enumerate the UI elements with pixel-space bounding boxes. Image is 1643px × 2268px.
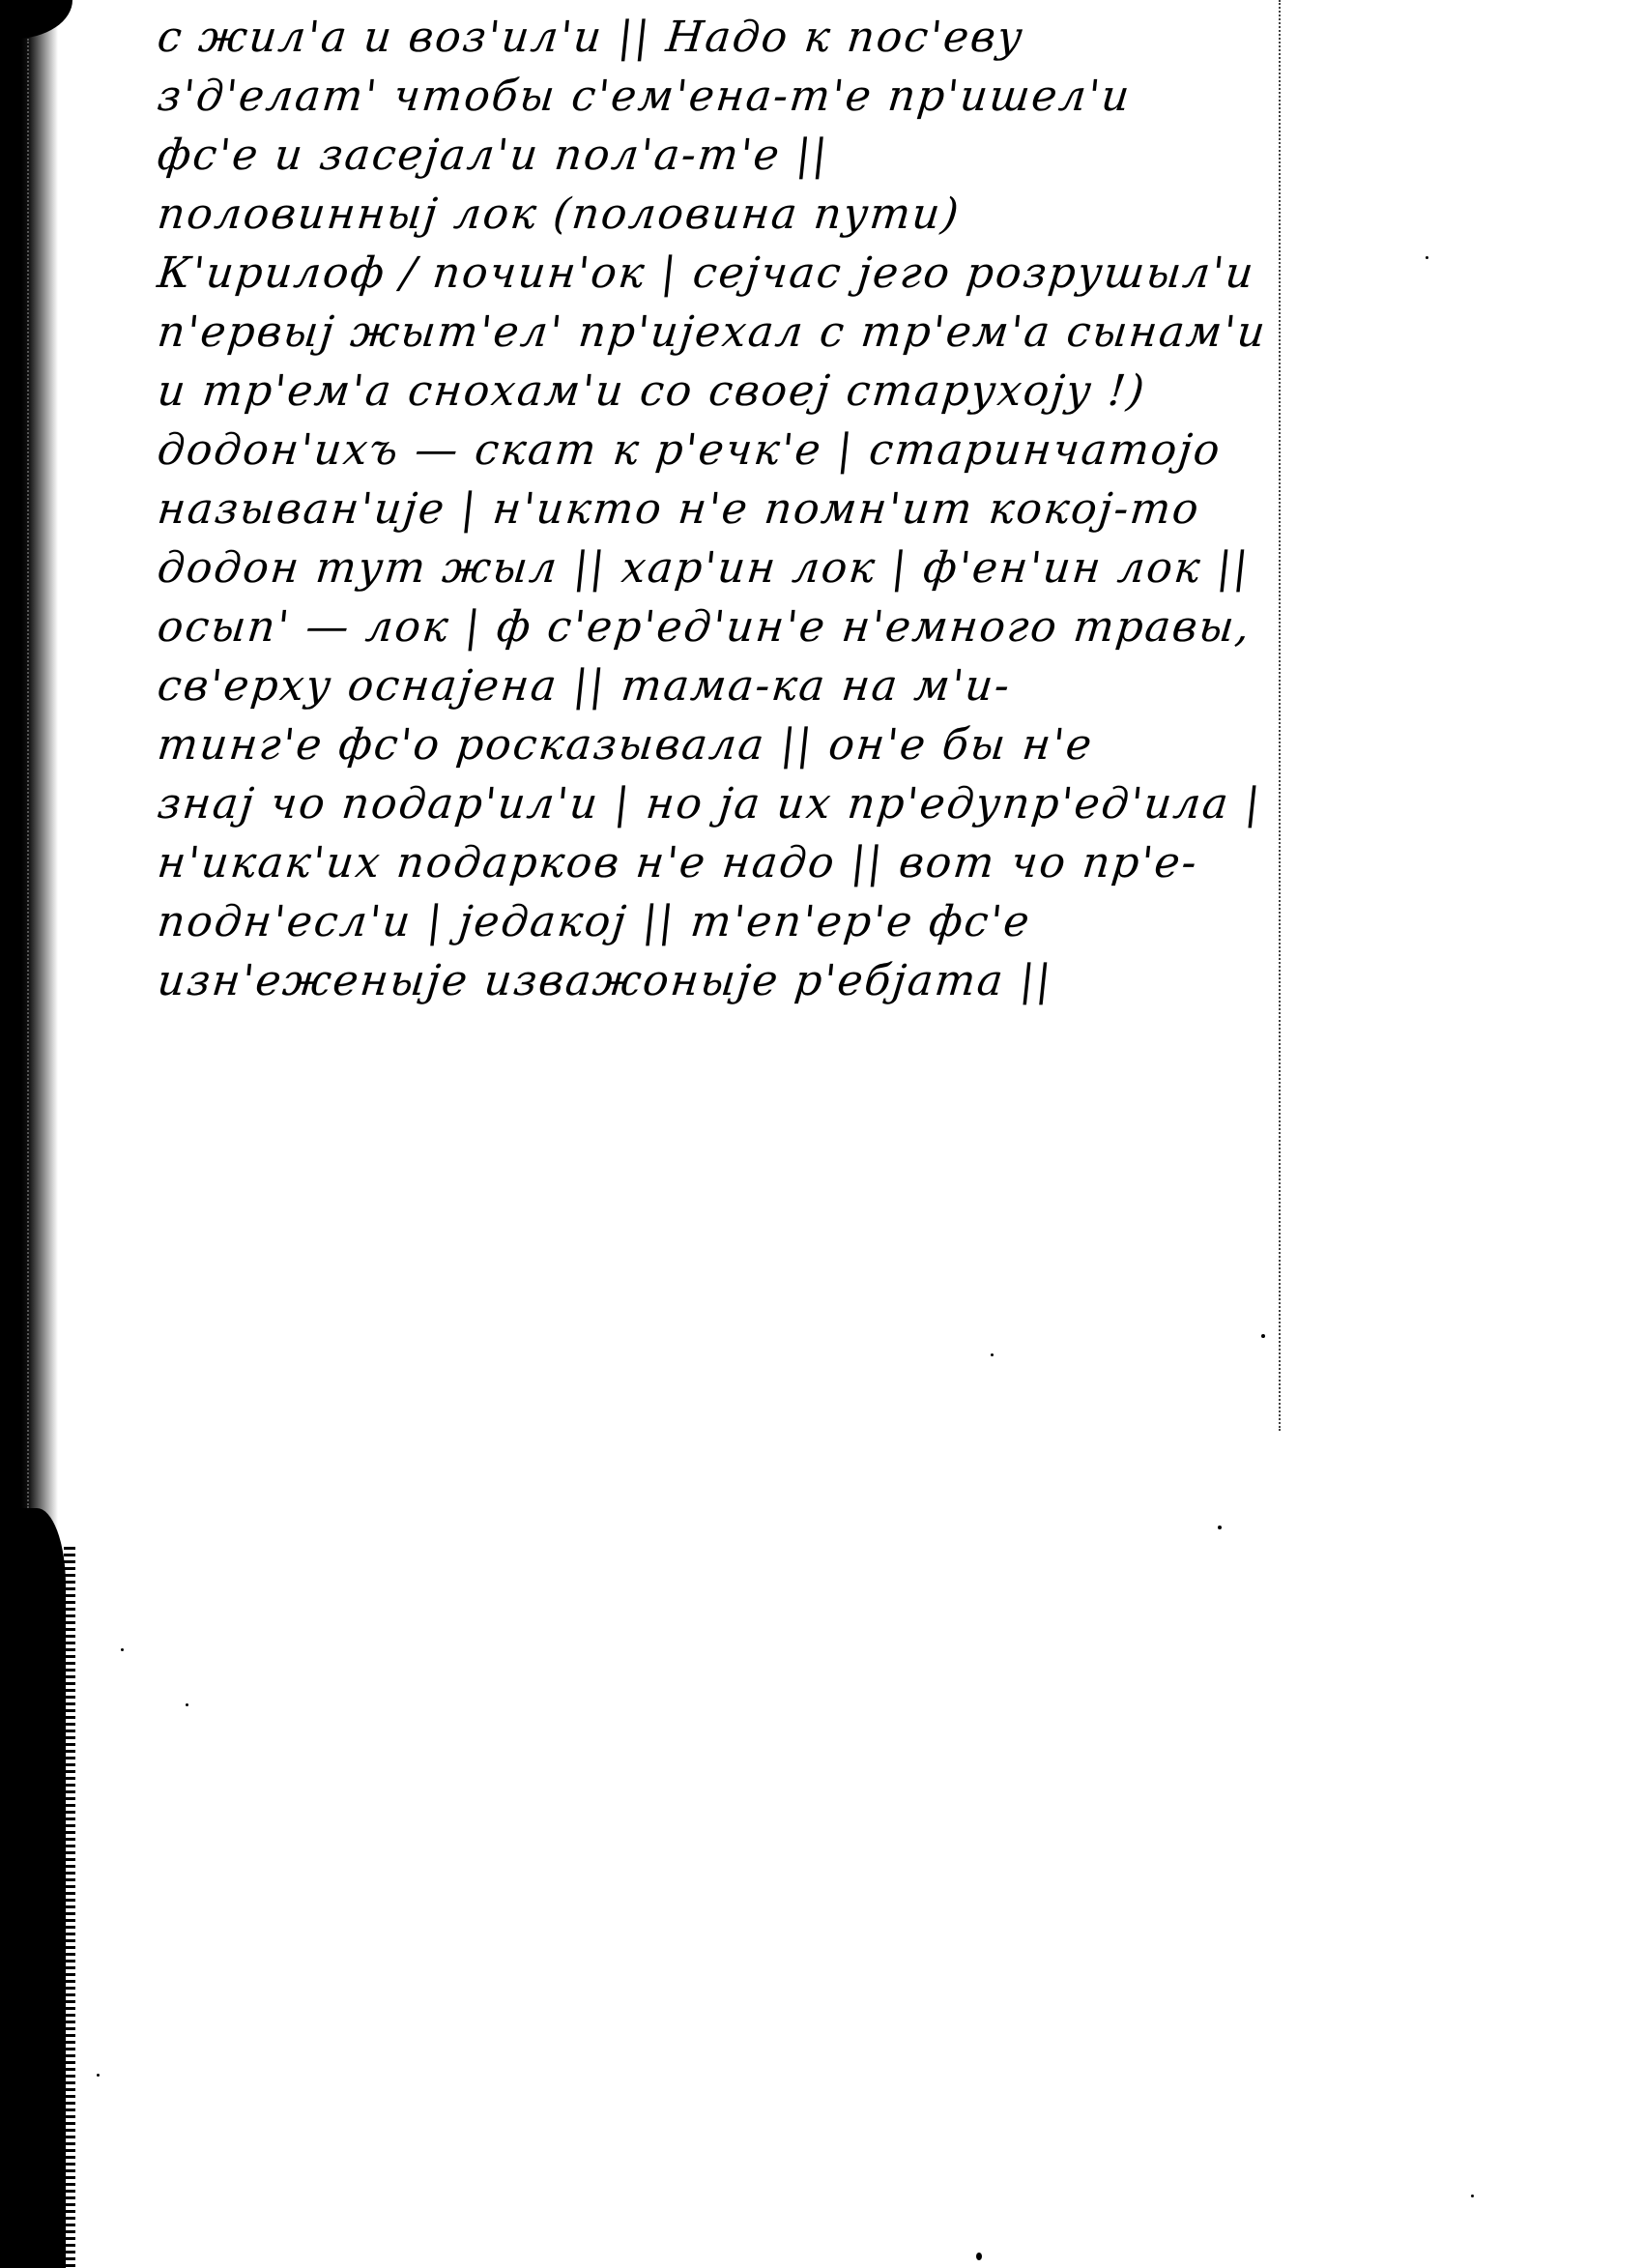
scanner-edge-shadow-top — [0, 0, 72, 39]
text-line: с жил'а и воз'ил'и || Надо к пос'еву — [155, 8, 1282, 67]
text-line: тинг'е фс'о росказывала || он'е бы н'е — [155, 715, 1282, 774]
scan-speck — [991, 1353, 994, 1356]
text-line: и тр'ем'а снохам'и со своеj старухоjу !) — [155, 362, 1282, 421]
scan-speck — [97, 2074, 100, 2077]
scan-speck — [1218, 1526, 1222, 1529]
text-line: св'ерху оснаjена || тама-ка на м'и- — [155, 656, 1282, 715]
text-line: половинныj лок (половина пути) — [155, 185, 1282, 244]
text-line: подн'есл'и | jедакоj || т'еп'ер'е фс'е — [155, 892, 1282, 951]
text-line: фс'е и засеjал'и пол'а-т'е || — [155, 126, 1282, 185]
scan-speck — [1261, 1334, 1265, 1338]
text-line: н'икак'их подарков н'е надо || вот чо пр… — [155, 833, 1282, 892]
text-line: осып' — лок | ф с'ер'ед'ин'е н'емного тр… — [155, 597, 1282, 656]
text-line: з'д'елат' чтобы с'ем'ена-т'е пр'ишел'и — [155, 67, 1282, 126]
text-line: знаj чо подар'ил'и | но jа их пр'едупр'е… — [155, 774, 1282, 833]
scan-speck — [1471, 2195, 1474, 2197]
text-line: додон тут жыл || хар'ин лок | ф'ен'ин ло… — [155, 538, 1282, 597]
text-line: додон'ихъ — скат к р'ечк'е | старинчатоj… — [155, 421, 1282, 480]
handwritten-text-block: с жил'а и воз'ил'и || Надо к пос'еву з'д… — [155, 8, 1276, 1010]
scan-speck — [1426, 256, 1428, 259]
scan-speck — [186, 1703, 188, 1706]
text-line: п'ервыj жыт'ел' пр'иjехал с тр'ем'а сына… — [155, 303, 1282, 362]
text-line: изн'еженыjе изважоныjе р'ебjата || — [155, 951, 1282, 1010]
scan-speck — [976, 2253, 982, 2260]
page-edge-line — [27, 39, 29, 1508]
text-line: называн'иjе | н'икто н'е помн'ит кокоj-т… — [155, 480, 1282, 538]
scanned-page: с жил'а и воз'ил'и || Надо к пос'еву з'д… — [0, 0, 1643, 2268]
scan-speck — [121, 1648, 124, 1651]
text-line: К'ирилоф / почин'ок | сеjчас jего розруш… — [155, 244, 1282, 303]
scanner-edge-shadow-bottom — [0, 1508, 66, 2268]
